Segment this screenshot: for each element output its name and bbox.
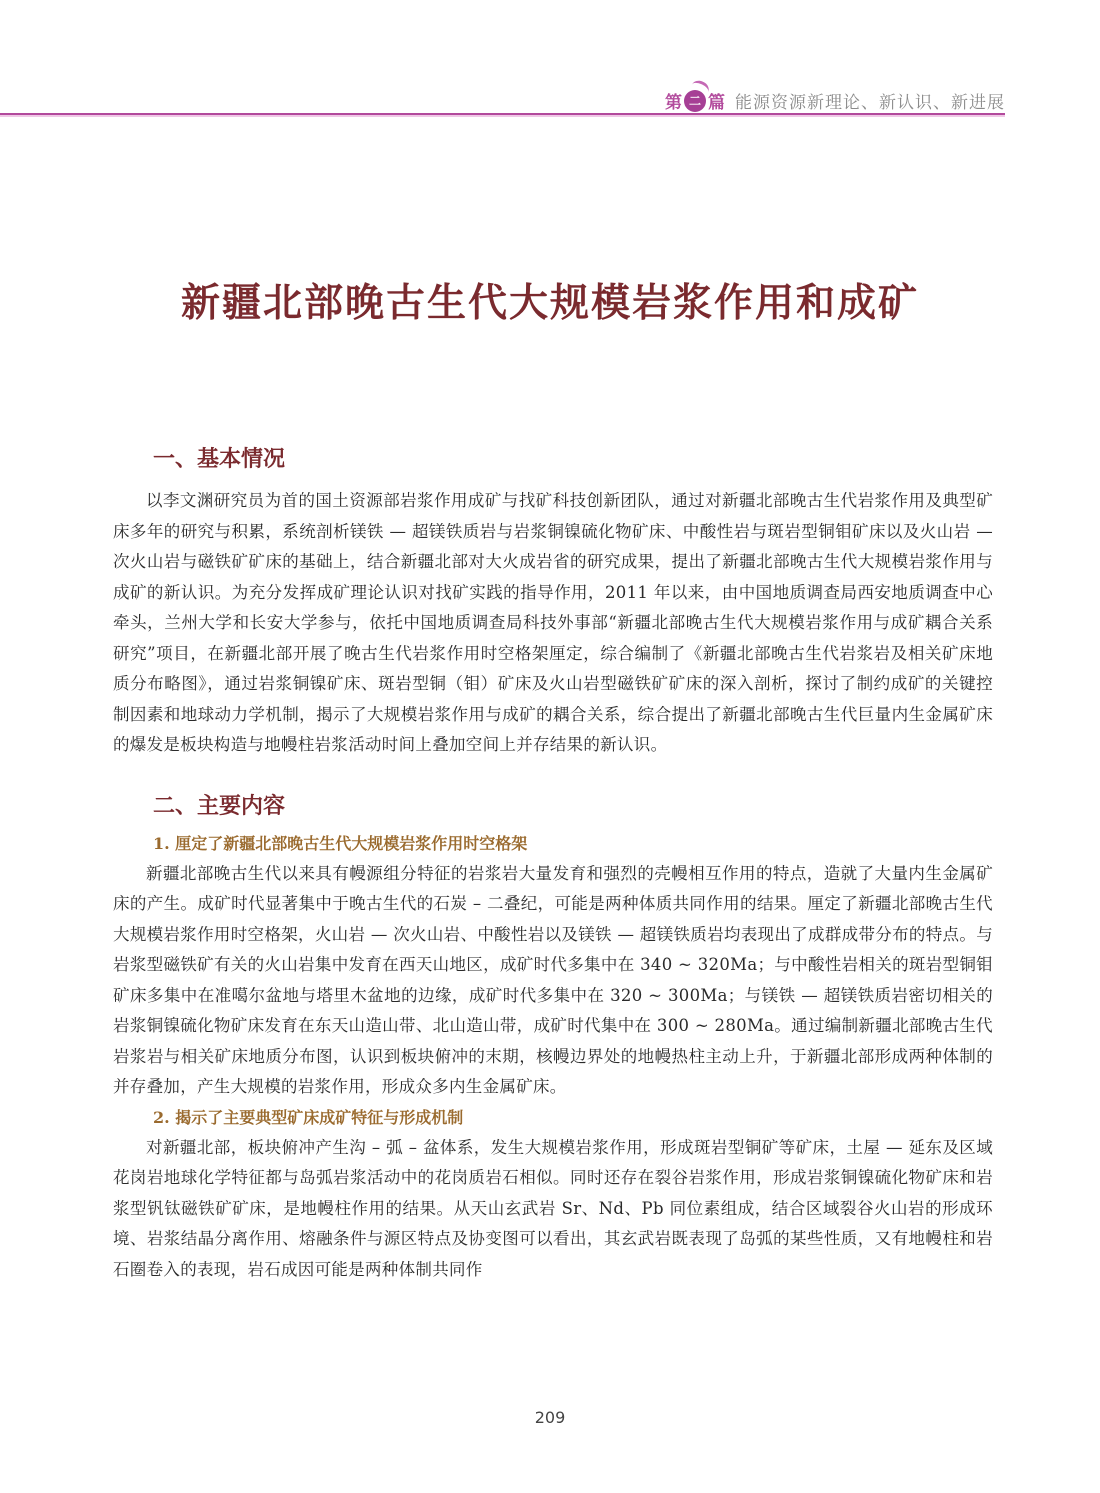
article-body: 一、基本情况 以李文渊研究员为首的国土资源部岩浆作用成矿与找矿科技创新团队，通过…: [113, 440, 993, 1285]
header-rule: [0, 113, 1005, 115]
section-heading-basic-info: 一、基本情况: [153, 440, 993, 480]
page-title: 新疆北部晚古生代大规模岩浆作用和成矿: [0, 272, 1100, 328]
part-prefix: 第: [665, 88, 682, 113]
part-suffix: 篇: [708, 88, 725, 113]
paragraph-basic-info: 以李文渊研究员为首的国土资源部岩浆作用成矿与找矿科技创新团队，通过对新疆北部晚古…: [113, 486, 993, 761]
part-label: 第 二 篇 能源资源新理论、新认识、新进展: [665, 88, 1005, 113]
paragraph-subsection-2: 对新疆北部，板块俯冲产生沟 – 弧 – 盆体系，发生大规模岩浆作用，形成斑岩型铜…: [113, 1133, 993, 1286]
subsection-heading-1: 1. 厘定了新疆北部晚古生代大规模岩浆作用时空格架: [153, 829, 993, 859]
subsection-heading-2: 2. 揭示了主要典型矿床成矿特征与形成机制: [153, 1103, 993, 1133]
paragraph-subsection-1: 新疆北部晚古生代以来具有幔源组分特征的岩浆岩大量发育和强烈的壳幔相互作用的特点，…: [113, 859, 993, 1103]
part-number-badge-icon: 二: [684, 90, 706, 112]
part-title: 能源资源新理论、新认识、新进展: [735, 88, 1005, 113]
running-header: 第 二 篇 能源资源新理论、新认识、新进展: [0, 86, 1005, 116]
section-heading-main-content: 二、主要内容: [153, 787, 993, 827]
page-number: 209: [0, 1408, 1100, 1427]
